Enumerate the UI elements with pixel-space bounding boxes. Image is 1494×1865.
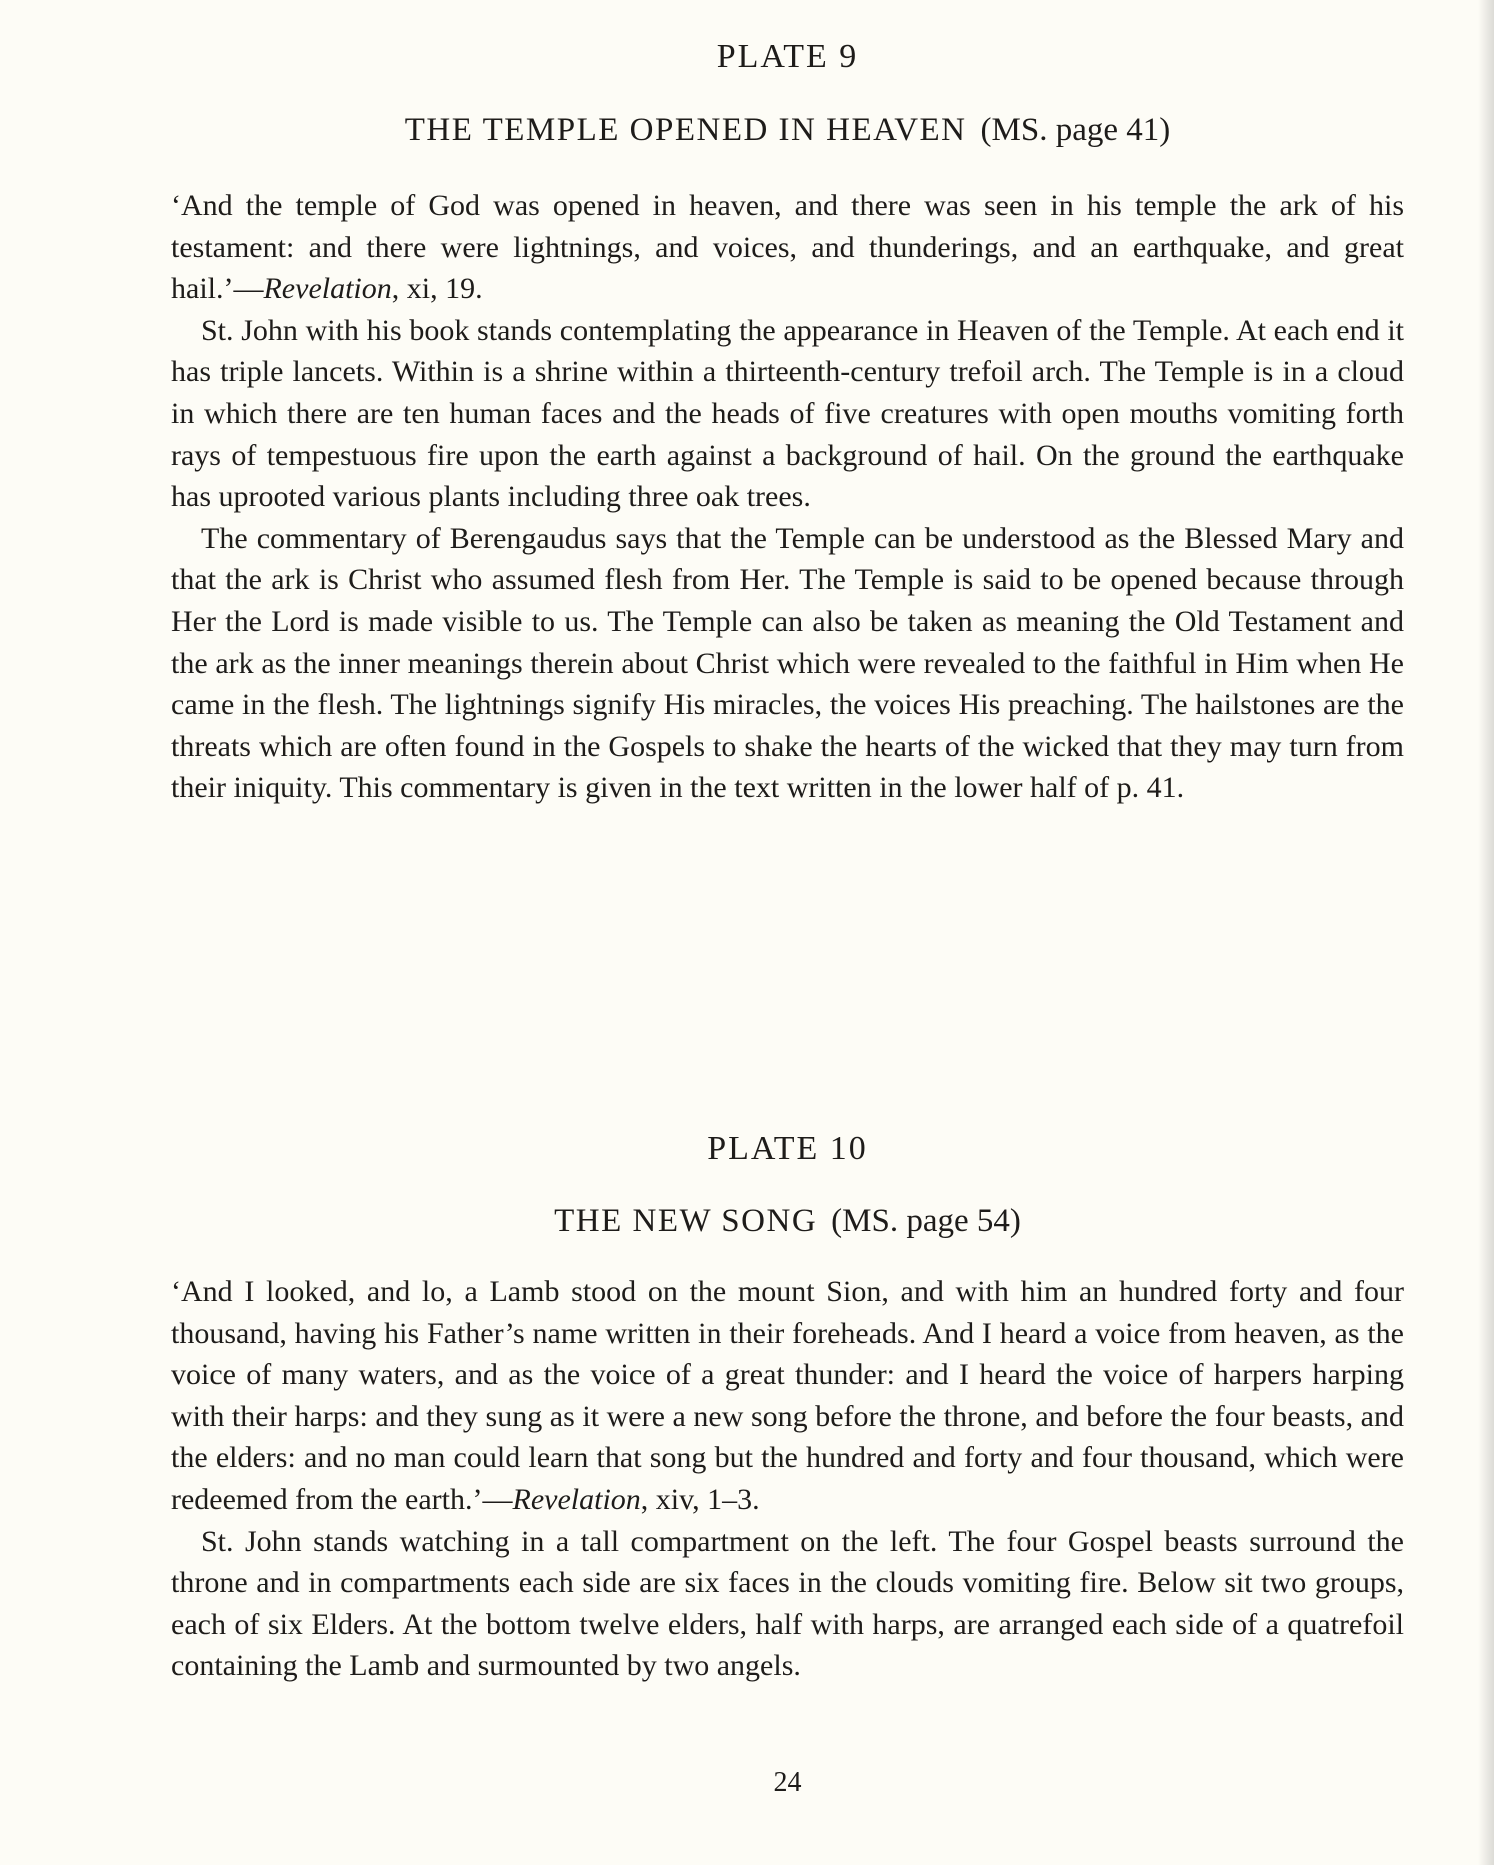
page-edge-shadow <box>1478 0 1494 1865</box>
plate-10-title-text: THE NEW SONG <box>554 1203 817 1239</box>
plate-10-title: THE NEW SONG(MS. page 54) <box>171 1203 1404 1240</box>
plate-10-scripture-quote: ‘And I looked, and lo, a Lamb stood on t… <box>171 1271 1404 1521</box>
plate-9-scripture-quote: ‘And the temple of God was opened in hea… <box>171 185 1404 310</box>
plate-9-title: THE TEMPLE OPENED IN HEAVEN(MS. page 41) <box>171 112 1404 149</box>
plate-10-citation-book: Revelation <box>513 1483 641 1516</box>
plate-9-citation-ref: , xi, 19. <box>392 272 483 305</box>
plate-9-ms-reference: (MS. page 41) <box>981 112 1171 148</box>
plate-10-citation-ref: , xiv, 1–3. <box>641 1483 760 1516</box>
plate-9-label: PLATE 9 <box>171 38 1404 76</box>
plate-9-body: ‘And the temple of God was opened in hea… <box>171 185 1404 809</box>
plate-10-body: ‘And I looked, and lo, a Lamb stood on t… <box>171 1271 1404 1687</box>
plate-10-description-paragraph: St. John stands watching in a tall compa… <box>171 1521 1404 1687</box>
plate-10-quote-text: ‘And I looked, and lo, a Lamb stood on t… <box>171 1275 1404 1516</box>
plate-10-ms-reference: (MS. page 54) <box>831 1203 1021 1239</box>
plate-9-citation-book: Revelation <box>263 272 391 305</box>
plate-10-label: PLATE 10 <box>171 1130 1404 1168</box>
plate-9-title-text: THE TEMPLE OPENED IN HEAVEN <box>405 112 967 148</box>
page-number: 24 <box>171 1767 1404 1799</box>
plate-9-description-paragraph: St. John with his book stands contemplat… <box>171 310 1404 518</box>
plate-9-commentary-paragraph: The commentary of Berengaudus says that … <box>171 518 1404 809</box>
